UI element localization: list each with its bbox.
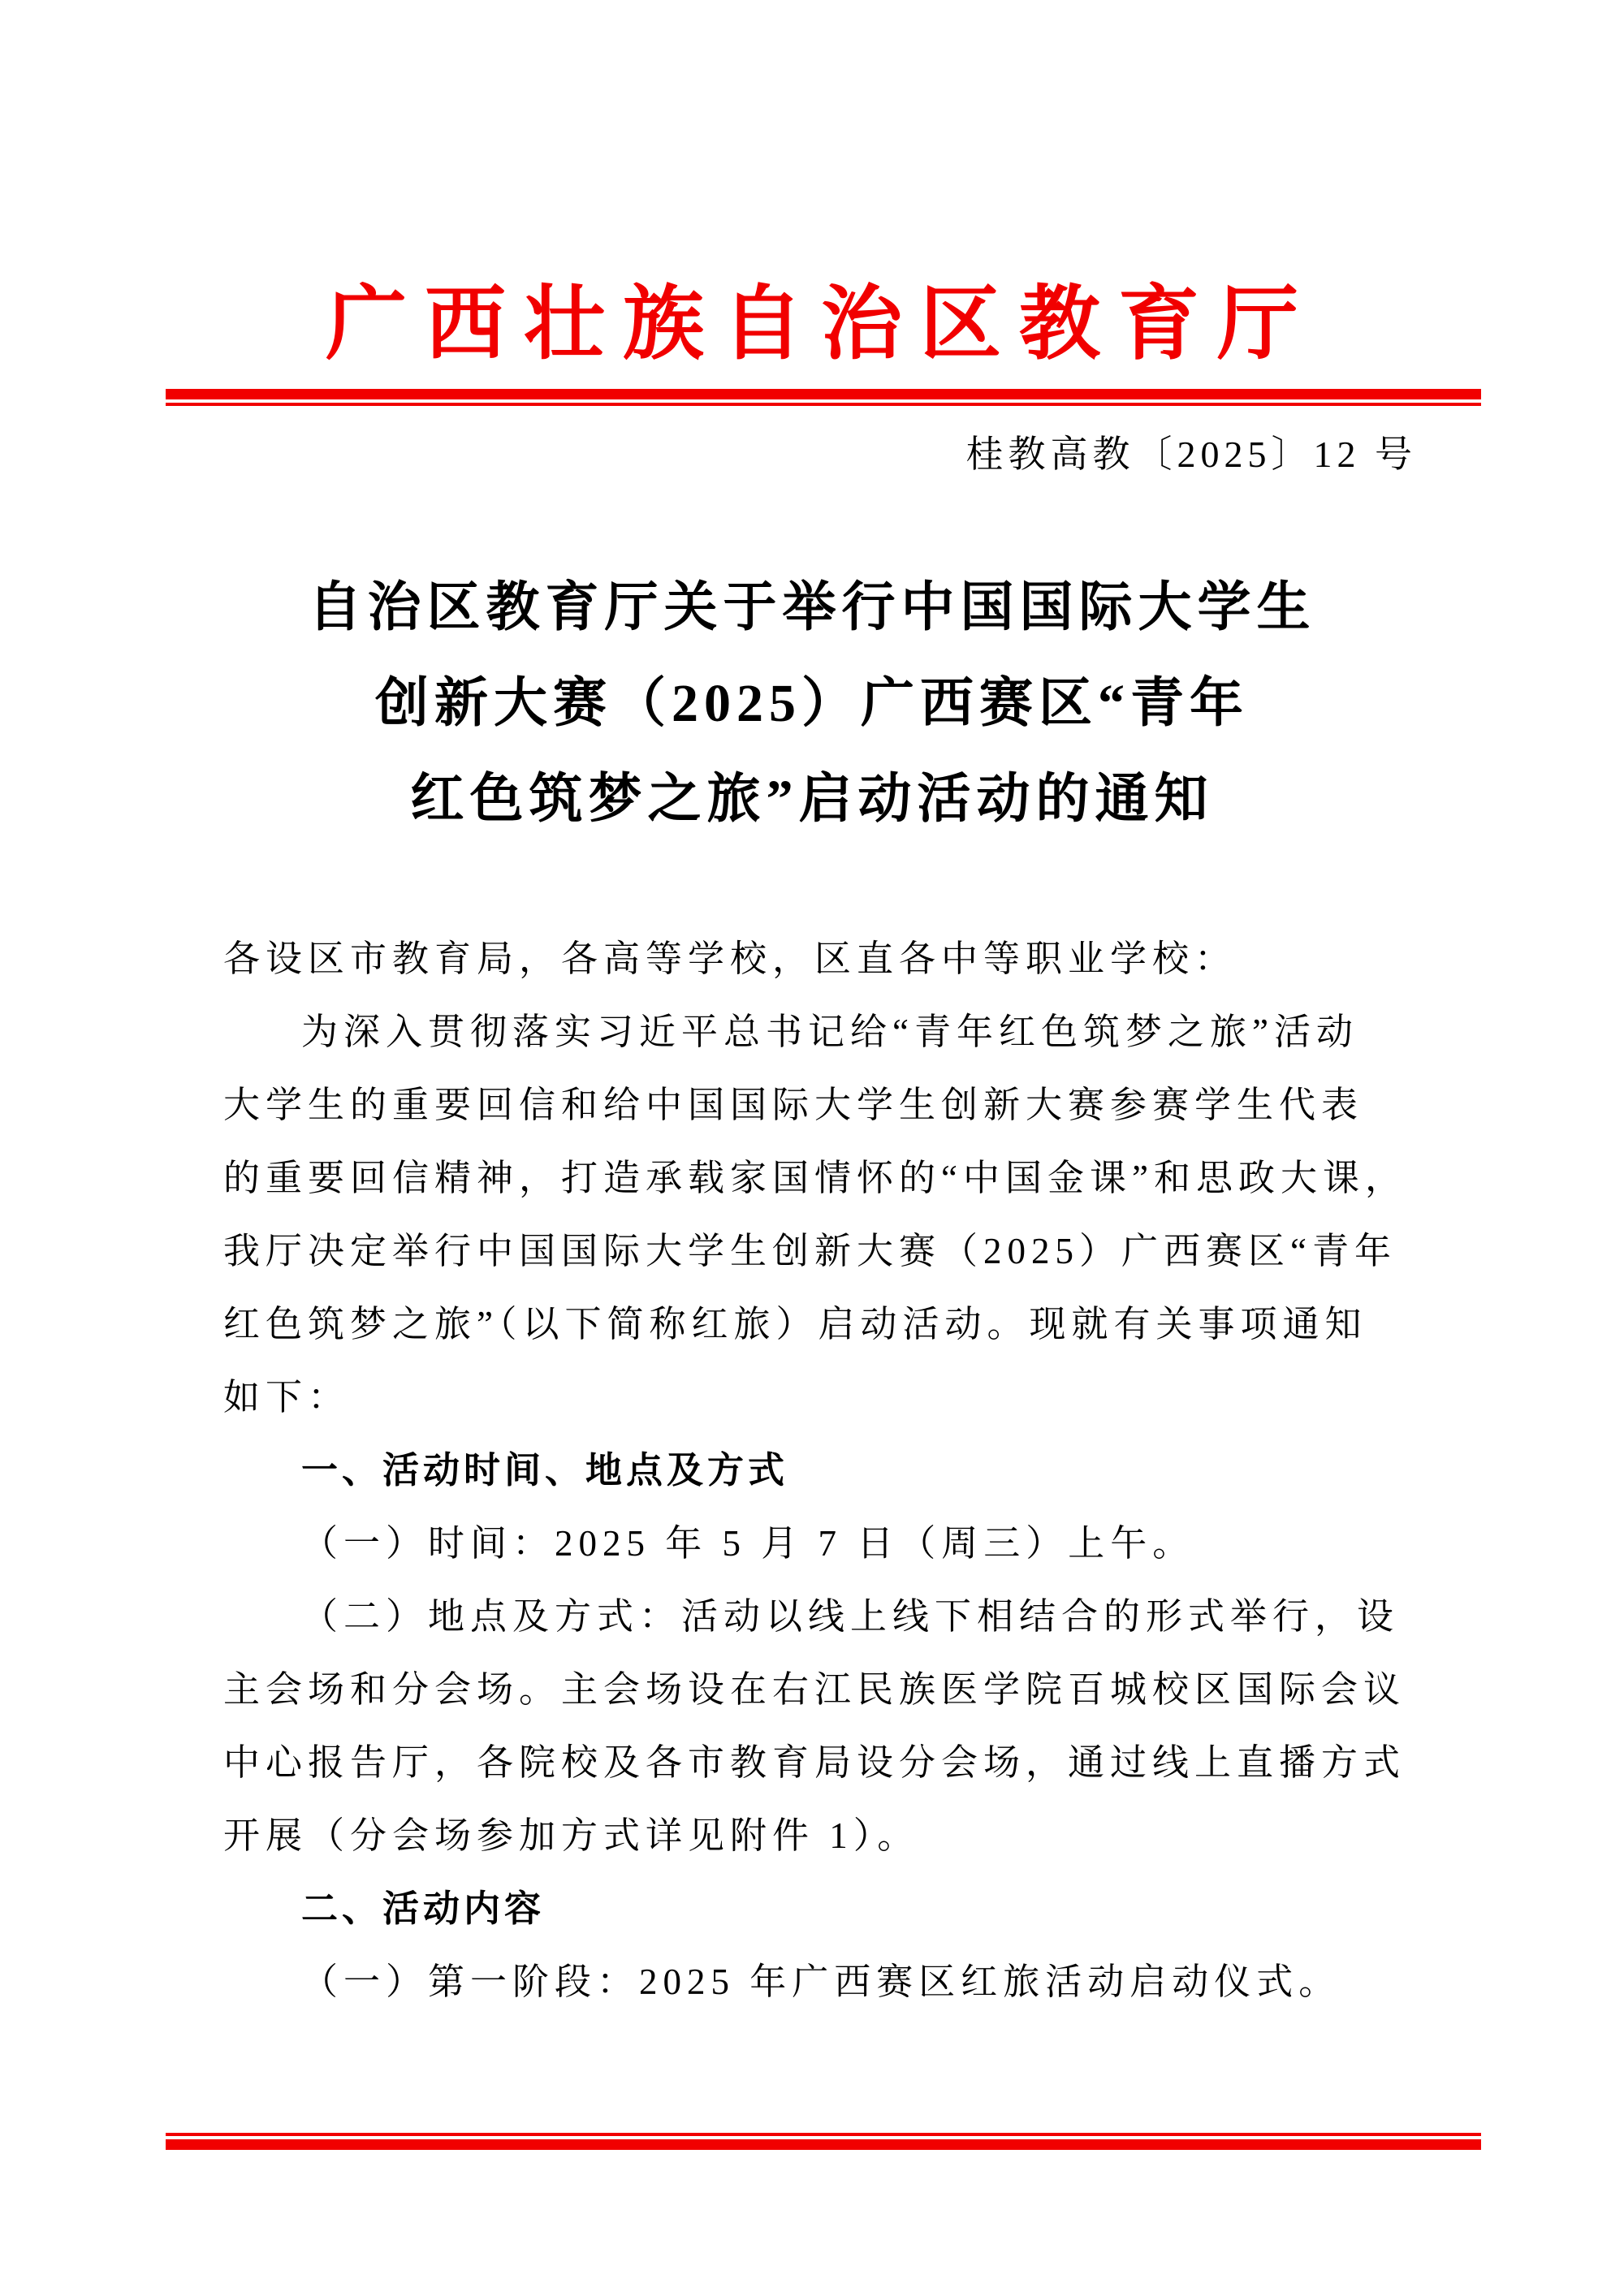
notice-body: 各设区市教育局，各高等学校，区直各中等职业学校：为深入贯彻落实习近平总书记给“青… xyxy=(223,922,1425,2018)
body-line: 的重要回信精神，打造承载家国情怀的“中国金课”和思政大课， xyxy=(223,1142,1425,1215)
body-line: 我厅决定举行中国国际大学生创新大赛（2025）广西赛区“青年 xyxy=(223,1215,1425,1288)
body-line: 大学生的重要回信和给中国国际大学生创新大赛参赛学生代表 xyxy=(223,1068,1425,1142)
rule-thick-bar xyxy=(166,389,1481,399)
letterhead-divider-rule xyxy=(166,389,1481,406)
body-line: 中心报告厅，各院校及各市教育局设分会场，通过线上直播方式 xyxy=(223,1726,1425,1799)
title-line: 创新大赛（2025）广西赛区“青年 xyxy=(0,656,1624,752)
title-line: 红色筑梦之旅”启动活动的通知 xyxy=(0,752,1624,848)
body-line: （二）地点及方式：活动以线上线下相结合的形式举行，设 xyxy=(223,1580,1425,1653)
body-line: 为深入贯彻落实习近平总书记给“青年红色筑梦之旅”活动 xyxy=(223,995,1425,1068)
body-line: 开展（分会场参加方式详见附件 1）。 xyxy=(223,1799,1425,1872)
body-line: 主会场和分会场。主会场设在右江民族医学院百城校区国际会议 xyxy=(223,1653,1425,1726)
title-line: 自治区教育厅关于举行中国国际大学生 xyxy=(0,560,1624,656)
body-line: （一）第一阶段：2025 年广西赛区红旅活动启动仪式。 xyxy=(223,1945,1425,2018)
body-line: 如下： xyxy=(223,1361,1425,1434)
agency-letterhead-title: 广西壮族自治区教育厅 xyxy=(0,276,1624,373)
footer-divider-rule xyxy=(166,2133,1481,2150)
rule-thick-bar xyxy=(166,2139,1481,2150)
document-number: 桂教高教〔2025〕12 号 xyxy=(223,429,1417,481)
section-heading: 一、活动时间、地点及方式 xyxy=(223,1434,1425,1507)
body-line: （一）时间：2025 年 5 月 7 日（周三）上午。 xyxy=(223,1507,1425,1580)
body-line: 各设区市教育局，各高等学校，区直各中等职业学校： xyxy=(223,922,1425,995)
rule-thin-bar xyxy=(166,403,1481,406)
document-page: 广西壮族自治区教育厅 桂教高教〔2025〕12 号 自治区教育厅关于举行中国国际… xyxy=(0,0,1624,2296)
body-line: 红色筑梦之旅”（以下简称红旅）启动活动。现就有关事项通知 xyxy=(223,1288,1425,1361)
notice-title: 自治区教育厅关于举行中国国际大学生创新大赛（2025）广西赛区“青年红色筑梦之旅… xyxy=(0,560,1624,848)
section-heading: 二、活动内容 xyxy=(223,1872,1425,1945)
